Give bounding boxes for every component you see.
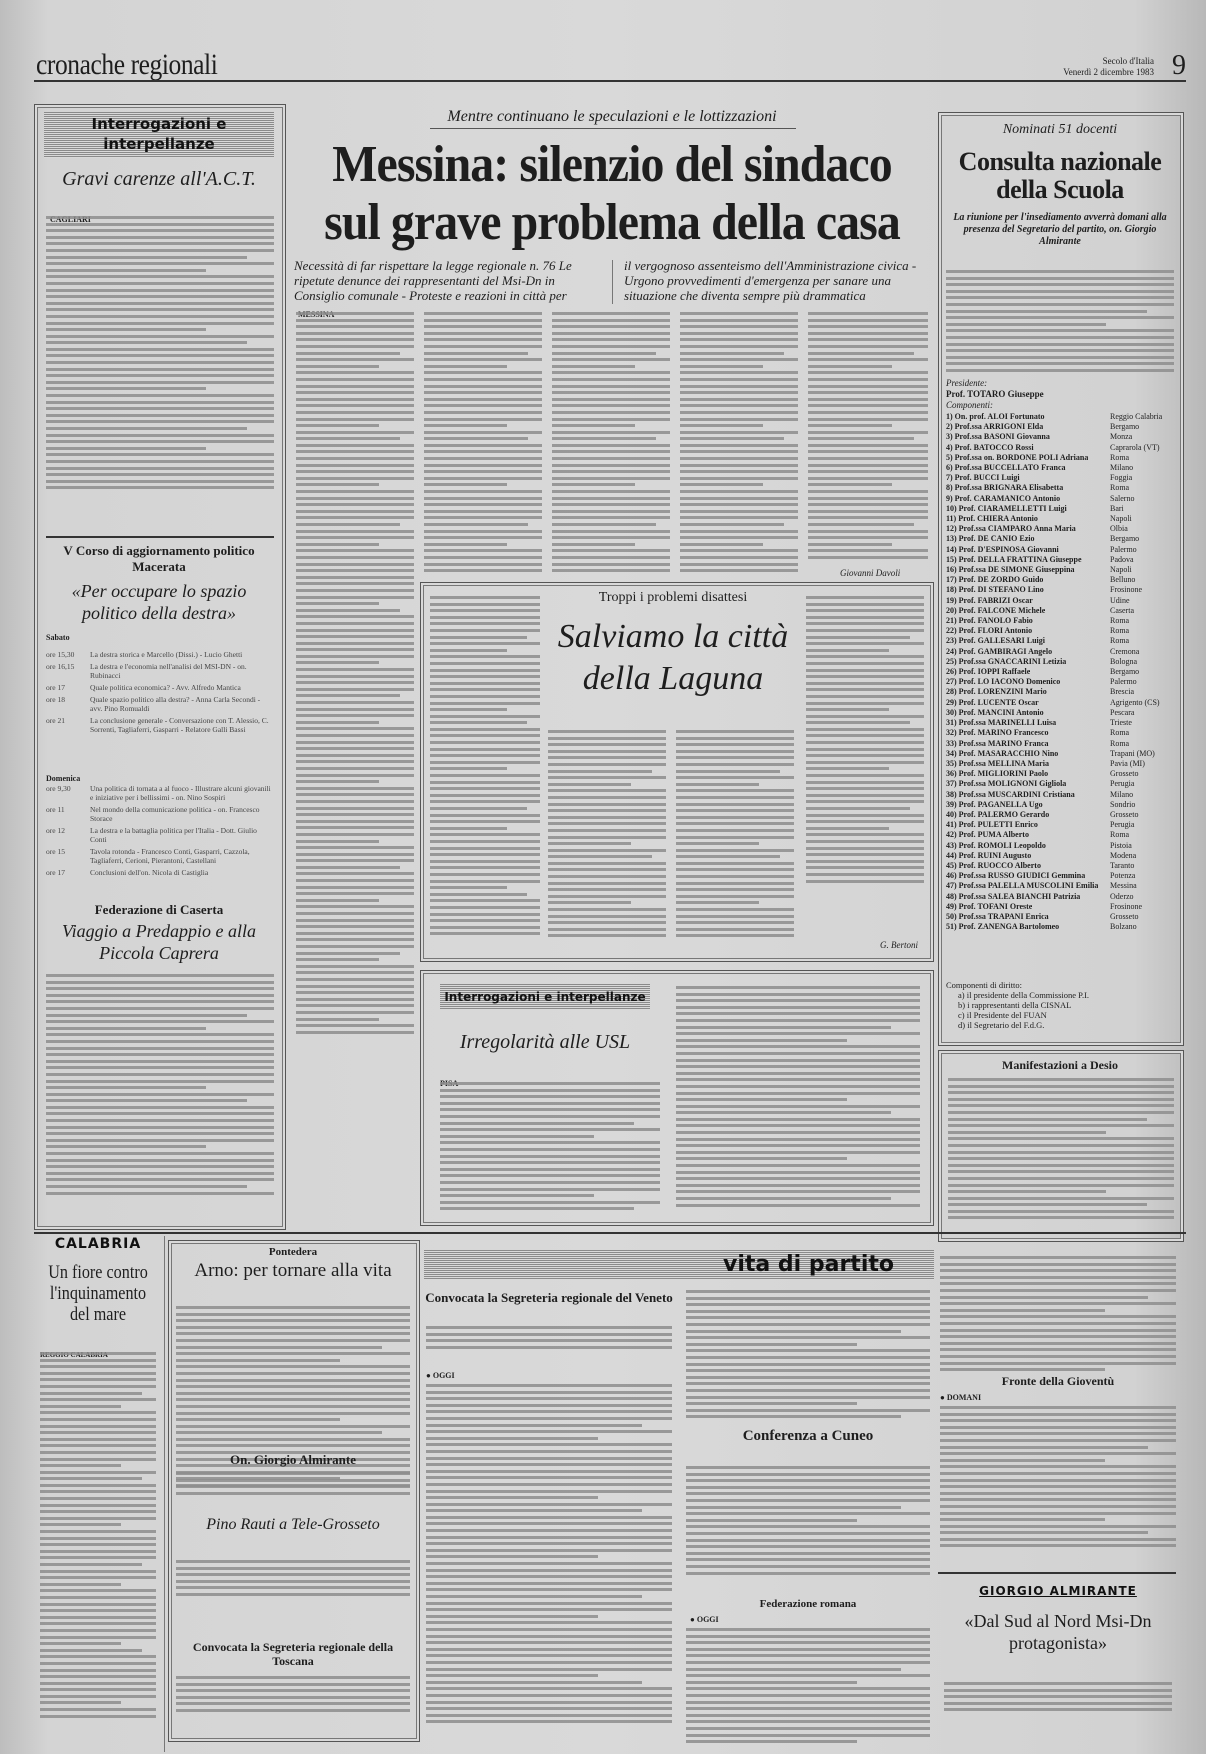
member-name: 8) Prof.ssa BRIGNARA Elisabetta [946, 483, 1063, 493]
ex-officio-item: d) il Segretario del F.d.G. [946, 1020, 1174, 1030]
member-name: 6) Prof.ssa BUCCELLATO Franca [946, 463, 1066, 473]
member-name: 2) Prof.ssa ARRIGONI Elda [946, 422, 1043, 432]
member-city: Roma [1110, 616, 1174, 626]
member-row: 45) Prof. RUOCCO AlbertoTaranto [946, 861, 1174, 871]
schedule-text: Nel mondo della comunicazione politica -… [90, 805, 274, 823]
main-col-2 [424, 312, 542, 576]
schedule-time: ore 15 [46, 847, 90, 865]
member-name: 22) Prof. FLORI Antonio [946, 626, 1032, 636]
member-row: 49) Prof. TOFANI OresteFrosinone [946, 902, 1174, 912]
member-row: 27) Prof. LO IACONO DomenicoPalermo [946, 677, 1174, 687]
venezia-col-3 [676, 730, 794, 941]
caserta-body-text [46, 974, 274, 1198]
member-row: 26) Prof. IOPPI RaffaeleBergamo [946, 667, 1174, 677]
caserta-kicker: Federazione di Caserta [44, 902, 274, 918]
member-name: 37) Prof.ssa MOLIGNONI Gigliola [946, 779, 1066, 789]
sabato-label: Sabato [46, 632, 70, 643]
member-name: 40) Prof. PALERMO Gerardo [946, 810, 1049, 820]
president-label: Presidente: [946, 378, 987, 389]
desio-title: Manifestazioni a Desio [944, 1058, 1176, 1073]
member-row: 8) Prof.ssa BRIGNARA ElisabettaRoma [946, 483, 1174, 493]
member-row: 38) Prof.ssa MUSCARDINI CristianaMilano [946, 790, 1174, 800]
schedule-row: ore 11Nel mondo della comunicazione poli… [46, 805, 274, 823]
member-city: Belluno [1110, 575, 1174, 585]
member-city: Bari [1110, 504, 1174, 514]
members-list: 1) On. prof. ALOI FortunatoReggio Calabr… [946, 412, 1174, 932]
member-row: 25) Prof.ssa GNACCARINI LetiziaBologna [946, 657, 1174, 667]
member-row: 40) Prof. PALERMO GerardoGrosseto [946, 810, 1174, 820]
member-row: 20) Prof. FALCONE MicheleCaserta [946, 606, 1174, 616]
member-city: Bergamo [1110, 667, 1174, 677]
member-city: Roma [1110, 830, 1174, 840]
member-row: 51) Prof. ZANENGA BartolomeoBolzano [946, 922, 1174, 932]
section-title: cronache regionali [36, 48, 217, 82]
gioventu-title: Fronte della Gioventù [938, 1374, 1178, 1389]
member-row: 44) Prof. RUINI AugustoModena [946, 851, 1174, 861]
rauti-body [176, 1560, 410, 1600]
member-name: 43) Prof. ROMOLI Leopoldo [946, 841, 1046, 851]
member-name: 44) Prof. RUINI Augusto [946, 851, 1031, 861]
member-city: Oderzo [1110, 892, 1174, 902]
member-row: 17) Prof. DE ZORDO GuidoBelluno [946, 575, 1174, 585]
vita-right-top-body [686, 1290, 930, 1422]
ex-officio-item: a) il presidente della Commissione P.I. [946, 990, 1174, 1000]
venezia-kicker: Troppi i problemi disattesi [548, 590, 798, 606]
venezia-headline: Salviamo la città della Laguna [548, 616, 798, 700]
usl-title: Irregolarità alle USL [440, 1030, 650, 1054]
member-city: Pistoia [1110, 841, 1174, 851]
member-city: Messina [1110, 881, 1174, 891]
schedule-time: ore 11 [46, 805, 90, 823]
domenica-label: Domenica [46, 773, 80, 784]
member-city: Roma [1110, 636, 1174, 646]
member-name: 42) Prof. PUMA Alberto [946, 830, 1029, 840]
schedule-row: ore 15Tavola rotonda - Francesco Conti, … [46, 847, 274, 865]
act-body-text [46, 216, 274, 493]
member-row: 16) Prof.ssa DE SIMONE GiuseppinaNapoli [946, 565, 1174, 575]
member-city: Monza [1110, 432, 1174, 442]
members-label: Componenti: [946, 400, 993, 411]
member-row: 23) Prof. GALLESARI LuigiRoma [946, 636, 1174, 646]
member-name: 31) Prof.ssa MARINELLI Luisa [946, 718, 1056, 728]
member-name: 34) Prof. MASARACCHIO Nino [946, 749, 1058, 759]
member-name: 12) Prof.ssa CIAMPARO Anna Maria [946, 524, 1076, 534]
schedule-text: La destra e l'economia nell'analisi del … [90, 662, 274, 680]
member-name: 1) On. prof. ALOI Fortunato [946, 412, 1045, 422]
member-city: Milano [1110, 790, 1174, 800]
member-name: 29) Prof. LUCENTE Oscar [946, 698, 1039, 708]
member-name: 11) Prof. CHIERA Antonio [946, 514, 1038, 524]
member-name: 39) Prof. PAGANELLA Ugo [946, 800, 1043, 810]
schedule-text: La destra e la battaglia politica per l'… [90, 826, 274, 844]
member-city: Perugia [1110, 820, 1174, 830]
vita-left-body [426, 1384, 672, 1727]
member-name: 50) Prof.ssa TRAPANI Enrica [946, 912, 1049, 922]
consulta-kicker: Nominati 51 docenti [944, 122, 1176, 138]
schedule-text: La destra storica e Marcello (Dissi.) - … [90, 650, 242, 659]
member-city: Napoli [1110, 565, 1174, 575]
cuneo-title: Conferenza a Cuneo [684, 1428, 932, 1445]
member-city: Roma [1110, 626, 1174, 636]
lower-rule [34, 1232, 1186, 1234]
almirante-body [944, 1682, 1172, 1715]
toscana-body [176, 1676, 410, 1716]
member-name: 33) Prof.ssa MARINO Franca [946, 739, 1049, 749]
schedule-text: La conclusione generale - Conversazione … [90, 716, 274, 734]
member-city: Sondrio [1110, 800, 1174, 810]
schedule-time: ore 9,30 [46, 784, 90, 802]
member-row: 2) Prof.ssa ARRIGONI EldaBergamo [946, 422, 1174, 432]
ex-officio: Componenti di diritto:a) il presidente d… [946, 980, 1174, 1030]
member-row: 14) Prof. D'ESPINOSA GiovanniPalermo [946, 545, 1174, 555]
member-city: Agrigento (CS) [1110, 698, 1174, 708]
member-city: Brescia [1110, 687, 1174, 697]
member-city: Napoli [1110, 514, 1174, 524]
member-row: 10) Prof. CIARAMELLETTI LuigiBari [946, 504, 1174, 514]
act-article-title: Gravi carenze all'A.C.T. [44, 168, 274, 190]
member-name: 15) Prof. DELLA FRATTINA Giuseppe [946, 555, 1082, 565]
schedule-time: ore 12 [46, 826, 90, 844]
member-row: 39) Prof. PAGANELLA UgoSondrio [946, 800, 1174, 810]
roma-body [686, 1628, 930, 1747]
schedule-time: ore 15,30 [46, 650, 90, 659]
member-name: 9) Prof. CARAMANICO Antonio [946, 494, 1060, 504]
main-deck-right: il vergognoso assenteismo dell'Amministr… [624, 258, 932, 303]
member-row: 35) Prof.ssa MELLINA MariaPavia (MI) [946, 759, 1174, 769]
main-col-5 [808, 312, 928, 563]
member-row: 31) Prof.ssa MARINELLI LuisaTrieste [946, 718, 1174, 728]
member-name: 4) Prof. BATOCCO Rossi [946, 443, 1034, 453]
ex-officio-item: b) i rappresentanti della CISNAL [946, 1000, 1174, 1010]
member-row: 43) Prof. ROMOLI LeopoldoPistoia [946, 841, 1174, 851]
member-name: 21) Prof. FANOLO Fabio [946, 616, 1033, 626]
member-row: 50) Prof.ssa TRAPANI EnricaGrosseto [946, 912, 1174, 922]
paper-name: Secolo d'Italia [1063, 56, 1154, 67]
member-city: Grosseto [1110, 810, 1174, 820]
member-row: 33) Prof.ssa MARINO FrancaRoma [946, 739, 1174, 749]
member-name: 13) Prof. DE CANIO Ezio [946, 534, 1035, 544]
header-rule [34, 80, 1186, 82]
member-row: 13) Prof. DE CANIO EzioBergamo [946, 534, 1174, 544]
member-row: 48) Prof.ssa SALEA BIANCHI PatriziaOderz… [946, 892, 1174, 902]
calabria-banner: CALABRIA [36, 1236, 160, 1252]
member-city: Palermo [1110, 545, 1174, 555]
schedule-row: ore 18Quale spazio politico alla destra?… [46, 695, 274, 713]
member-city: Milano [1110, 463, 1174, 473]
member-city: Caserta [1110, 606, 1174, 616]
member-row: 36) Prof. MIGLIORINI PaoloGrosseto [946, 769, 1174, 779]
main-col-3 [552, 312, 670, 576]
member-name: 23) Prof. GALLESARI Luigi [946, 636, 1045, 646]
venezia-byline: G. Bertoni [880, 940, 918, 951]
member-name: 26) Prof. IOPPI Raffaele [946, 667, 1030, 677]
member-city: Trapani (MO) [1110, 749, 1174, 759]
schedule-row: ore 21La conclusione generale - Conversa… [46, 716, 274, 734]
member-city: Padova [1110, 555, 1174, 565]
member-name: 5) Prof.ssa on. BORDONE POLI Adriana [946, 453, 1088, 463]
consulta-headline: Consulta nazionale della Scuola [944, 148, 1176, 204]
schedule-row: ore 9,30Una politica di tornata a al fuo… [46, 784, 274, 802]
venezia-col-2 [548, 730, 666, 941]
member-row: 29) Prof. LUCENTE OscarAgrigento (CS) [946, 698, 1174, 708]
member-city: Bergamo [1110, 422, 1174, 432]
member-row: 5) Prof.ssa on. BORDONE POLI AdrianaRoma [946, 453, 1174, 463]
main-deck-left: Necessità di far rispettare la legge reg… [294, 258, 604, 303]
member-row: 32) Prof. MARINO FrancescoRoma [946, 728, 1174, 738]
member-row: 22) Prof. FLORI AntonioRoma [946, 626, 1174, 636]
member-city: Perugia [1110, 779, 1174, 789]
member-row: 3) Prof.ssa BASONI GiovannaMonza [946, 432, 1174, 442]
president-name: Prof. TOTARO Giuseppe [946, 389, 1044, 400]
masthead: Secolo d'Italia Venerdì 2 dicembre 1983 [1063, 56, 1154, 78]
member-name: 14) Prof. D'ESPINOSA Giovanni [946, 545, 1059, 555]
member-row: 47) Prof.ssa PALELLA MUSCOLINI EmiliaMes… [946, 881, 1174, 891]
member-city: Roma [1110, 453, 1174, 463]
member-name: 7) Prof. BUCCI Luigi [946, 473, 1020, 483]
member-row: 1) On. prof. ALOI FortunatoReggio Calabr… [946, 412, 1174, 422]
oggi-label-right: ● OGGI [690, 1614, 719, 1625]
main-col-4 [680, 312, 798, 576]
schedule-row: ore 12La destra e la battaglia politica … [46, 826, 274, 844]
schedule-time: ore 16,15 [46, 662, 90, 680]
member-city: Udine [1110, 596, 1174, 606]
member-name: 20) Prof. FALCONE Michele [946, 606, 1045, 616]
member-row: 12) Prof.ssa CIAMPARO Anna MariaOlbia [946, 524, 1174, 534]
ex-officio-item: c) il Presidente del FUAN [946, 1010, 1174, 1020]
vita-far-right-body [940, 1256, 1176, 1375]
member-city: Frosinone [1110, 902, 1174, 912]
member-city: Caprarola (VT) [1110, 443, 1174, 453]
member-name: 25) Prof.ssa GNACCARINI Letizia [946, 657, 1066, 667]
usl-col-2 [676, 986, 920, 1210]
member-city: Roma [1110, 483, 1174, 493]
member-row: 18) Prof. DI STEFANO LinoFrosinone [946, 585, 1174, 595]
issue-date: Venerdì 2 dicembre 1983 [1063, 67, 1154, 78]
member-city: Cremona [1110, 647, 1174, 657]
member-city: Pescara [1110, 708, 1174, 718]
member-city: Roma [1110, 728, 1174, 738]
member-name: 41) Prof. PULETTI Enrico [946, 820, 1038, 830]
member-city: Grosseto [1110, 769, 1174, 779]
pontedera-kicker: Pontedera [174, 1246, 412, 1258]
kicker-underline [430, 128, 796, 129]
rauti-title: Pino Rauti a Tele-Grosseto [174, 1516, 412, 1534]
member-city: Trieste [1110, 718, 1174, 728]
toscana-title: Convocata la Segreteria regionale della … [174, 1640, 412, 1668]
schedule-row: ore 16,15La destra e l'economia nell'ana… [46, 662, 274, 680]
bullet-icon: ● [426, 1371, 431, 1380]
member-city: Bergamo [1110, 534, 1174, 544]
schedule-row: ore 15,30La destra storica e Marcello (D… [46, 650, 274, 659]
cuneo-body [686, 1466, 930, 1578]
member-name: 38) Prof.ssa MUSCARDINI Cristiana [946, 790, 1075, 800]
corso-kicker: V Corso di aggiornamento politico Macera… [44, 543, 274, 575]
veneto-body [426, 1326, 672, 1352]
sabato-schedule: ore 15,30La destra storica e Marcello (D… [46, 650, 274, 737]
member-city: Modena [1110, 851, 1174, 861]
member-row: 4) Prof. BATOCCO RossiCaprarola (VT) [946, 443, 1174, 453]
member-name: 35) Prof.ssa MELLINA Maria [946, 759, 1049, 769]
member-row: 30) Prof. MANCINI AntonioPescara [946, 708, 1174, 718]
usl-col-1 [440, 1082, 660, 1214]
newspaper-page: cronache regionali Secolo d'Italia Vener… [0, 0, 1206, 1754]
member-name: 49) Prof. TOFANI Oreste [946, 902, 1032, 912]
member-row: 37) Prof.ssa MOLIGNONI GigliolaPerugia [946, 779, 1174, 789]
domenica-schedule: ore 9,30Una politica di tornata a al fuo… [46, 784, 274, 880]
deck-divider [612, 260, 613, 304]
member-name: 46) Prof.ssa RUSSO GIUDICI Gemmina [946, 871, 1085, 881]
almirante-title: «Dal Sud al Nord Msi-Dn protagonista» [944, 1610, 1172, 1654]
schedule-row: ore 17Quale politica economica? - Avv. A… [46, 683, 274, 692]
schedule-text: Una politica di tornata a al fuoco - Ill… [90, 784, 274, 802]
member-name: 32) Prof. MARINO Francesco [946, 728, 1049, 738]
schedule-time: ore 21 [46, 716, 90, 734]
caserta-title: Viaggio a Predappio e alla Piccola Capre… [44, 920, 274, 964]
member-name: 17) Prof. DE ZORDO Guido [946, 575, 1043, 585]
ex-officio-label: Componenti di diritto: [946, 980, 1174, 990]
almirante-banner: GIORGIO ALMIRANTE [938, 1584, 1178, 1598]
bullet-icon: ● [940, 1393, 945, 1402]
schedule-time: ore 17 [46, 683, 90, 692]
schedule-row: ore 17Conclusioni dell'on. Nicola di Cas… [46, 868, 274, 877]
member-row: 6) Prof.ssa BUCCELLATO FrancaMilano [946, 463, 1174, 473]
member-city: Foggia [1110, 473, 1174, 483]
member-city: Pavia (MI) [1110, 759, 1174, 769]
main-kicker: Mentre continuano le speculazioni e le l… [296, 108, 928, 126]
member-city: Roma [1110, 739, 1174, 749]
speaker-body [176, 1472, 410, 1498]
veneto-title: Convocata la Segreteria regionale del Ve… [424, 1290, 674, 1305]
member-row: 24) Prof. GAMBIRAGI AngeloCremona [946, 647, 1174, 657]
bullet-icon: ● [690, 1615, 695, 1624]
gioventu-body [940, 1406, 1176, 1551]
oggi-label-left: ● OGGI [426, 1370, 455, 1381]
member-row: 9) Prof. CARAMANICO AntonioSalerno [946, 494, 1174, 504]
roma-title: Federazione romana [684, 1598, 932, 1610]
almirante-rule [938, 1572, 1176, 1574]
corso-title: «Per occupare lo spazio politico della d… [44, 580, 274, 624]
member-name: 16) Prof.ssa DE SIMONE Giuseppina [946, 565, 1075, 575]
schedule-text: Quale spazio politico alla destra? - Ann… [90, 695, 274, 713]
member-city: Palermo [1110, 677, 1174, 687]
member-name: 36) Prof. MIGLIORINI Paolo [946, 769, 1048, 779]
main-col-1 [296, 312, 414, 1037]
vita-di-partito-banner: vita di partito [424, 1250, 934, 1280]
member-name: 30) Prof. MANCINI Antonio [946, 708, 1044, 718]
schedule-text: Tavola rotonda - Francesco Conti, Gaspar… [90, 847, 274, 865]
member-row: 11) Prof. CHIERA AntonioNapoli [946, 514, 1174, 524]
domani-label: ● DOMANI [940, 1392, 981, 1403]
member-city: Bolzano [1110, 922, 1174, 932]
member-name: 47) Prof.ssa PALELLA MUSCOLINI Emilia [946, 881, 1098, 891]
venezia-col-4 [806, 596, 924, 886]
venezia-col-1 [430, 596, 540, 939]
schedule-time: ore 18 [46, 695, 90, 713]
member-name: 3) Prof.ssa BASONI Giovanna [946, 432, 1050, 442]
member-row: 19) Prof. FABRIZI OscarUdine [946, 596, 1174, 606]
member-row: 15) Prof. DELLA FRATTINA GiuseppePadova [946, 555, 1174, 565]
member-name: 18) Prof. DI STEFANO Lino [946, 585, 1044, 595]
main-byline: Giovanni Davoli [840, 568, 900, 579]
schedule-text: Conclusioni dell'on. Nicola di Castiglia [90, 868, 208, 877]
member-city: Taranto [1110, 861, 1174, 871]
consulta-deck: La riunione per l'insediamento avverrà d… [946, 212, 1174, 248]
calabria-divider [164, 1236, 165, 1752]
calabria-title: Un fiore contro l'inquinamento del mare [45, 1262, 150, 1325]
member-name: 19) Prof. FABRIZI Oscar [946, 596, 1033, 606]
member-city: Frosinone [1110, 585, 1174, 595]
member-city: Olbia [1110, 524, 1174, 534]
member-name: 27) Prof. LO IACONO Domenico [946, 677, 1060, 687]
usl-banner: Interrogazioni e interpellanze [440, 984, 650, 1010]
page-number: 9 [1172, 50, 1186, 82]
calabria-body [40, 1352, 156, 1721]
member-name: 48) Prof.ssa SALEA BIANCHI Patrizia [946, 892, 1080, 902]
member-row: 21) Prof. FANOLO FabioRoma [946, 616, 1174, 626]
member-name: 28) Prof. LORENZINI Mario [946, 687, 1047, 697]
member-city: Grosseto [1110, 912, 1174, 922]
member-row: 28) Prof. LORENZINI MarioBrescia [946, 687, 1174, 697]
main-headline: Messina: silenzio del sindaco sul grave … [318, 136, 907, 252]
member-name: 10) Prof. CIARAMELLETTI Luigi [946, 504, 1067, 514]
schedule-time: ore 17 [46, 868, 90, 877]
consulta-body [946, 270, 1174, 376]
member-city: Potenza [1110, 871, 1174, 881]
divider [46, 536, 274, 538]
member-row: 46) Prof.ssa RUSSO GIUDICI GemminaPotenz… [946, 871, 1174, 881]
pontedera-title: Arno: per tornare alla vita [174, 1260, 412, 1281]
member-city: Salerno [1110, 494, 1174, 504]
interrogazioni-banner: Interrogazioni e interpellanze [44, 112, 274, 158]
member-name: 51) Prof. ZANENGA Bartolomeo [946, 922, 1059, 932]
member-name: 45) Prof. RUOCCO Alberto [946, 861, 1041, 871]
desio-body [948, 1078, 1174, 1223]
member-row: 7) Prof. BUCCI LuigiFoggia [946, 473, 1174, 483]
member-row: 34) Prof. MASARACCHIO NinoTrapani (MO) [946, 749, 1174, 759]
member-name: 24) Prof. GAMBIRAGI Angelo [946, 647, 1052, 657]
member-city: Bologna [1110, 657, 1174, 667]
member-row: 41) Prof. PULETTI EnricoPerugia [946, 820, 1174, 830]
schedule-text: Quale politica economica? - Avv. Alfredo… [90, 683, 241, 692]
member-row: 42) Prof. PUMA AlbertoRoma [946, 830, 1174, 840]
member-city: Reggio Calabria [1110, 412, 1174, 422]
speaker-heading: On. Giorgio Almirante [174, 1452, 412, 1468]
